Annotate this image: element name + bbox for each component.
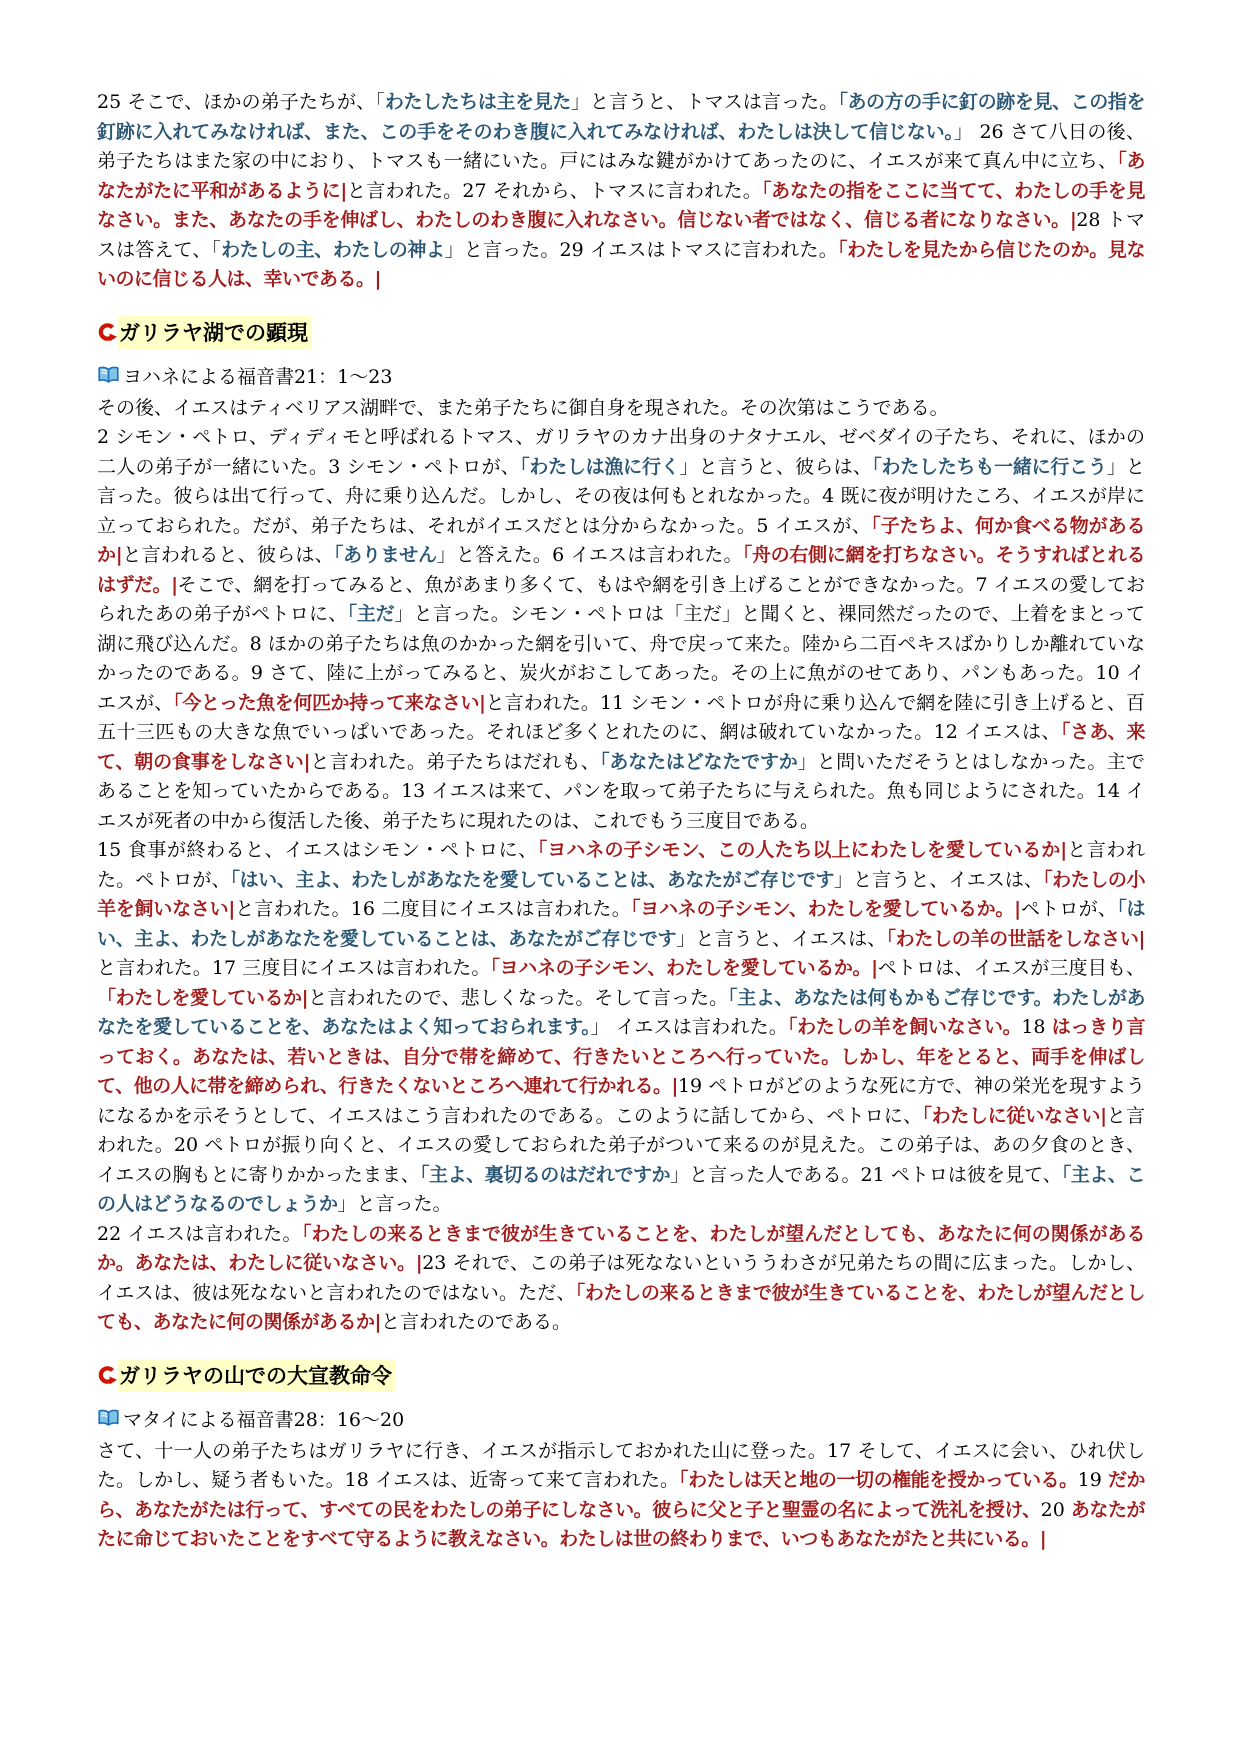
narrative-text: 」 イエスは言われた。 (591, 1016, 788, 1038)
speaker-words-text: 「あなたはどなたですか (600, 751, 797, 773)
section-heading: ガリラヤの山での大宣教命令 (97, 1359, 1145, 1392)
jesus-words-text: 「わたしの羊を飼いなさい。 (788, 1016, 1021, 1038)
section-heading: ガリラヤ湖での顕現 (97, 316, 1145, 349)
curved-arrow-icon (97, 322, 117, 343)
narrative-text: その後、イエスはティベリアス湖畔で、また弟子たちに御自身を現された。その次第はこ… (97, 397, 949, 419)
narrative-text: 20 (1041, 1499, 1071, 1521)
jesus-words-text: 「今とった魚を何匹か持って来なさい| (173, 692, 485, 714)
narrative-text: 22 イエスは言われた。 (97, 1223, 302, 1245)
narrative-text: ペトロが、 (1021, 898, 1118, 920)
narrative-text: 」と言うと、イエスは、 (834, 869, 1043, 891)
narrative-text: と言われたのである。 (381, 1311, 571, 1333)
scripture-paragraph: 15 食事が終わると、イエスはシモン・ペトロに、「ヨハネの子シモン、この人たち以… (97, 836, 1145, 1220)
scripture-paragraph: 22 イエスは言われた。「わたしの来るときまで彼が生きていることを、わたしが望ん… (97, 1220, 1145, 1338)
open-book-icon (97, 1408, 120, 1428)
speaker-words-text: 「わたしたちも一緒に行こう (872, 456, 1107, 478)
narrative-text: 」と言うと、彼らは、 (679, 456, 872, 478)
narrative-text: と言われた。17 三度目にイエスは言われた。 (97, 957, 491, 979)
narrative-text: 」と答えた。6 イエスは言われた。 (437, 544, 743, 566)
scripture-reference: マタイによる福音書28：16〜20 (97, 1405, 1145, 1432)
speaker-words-text: わたしたちは主を見た (385, 91, 571, 113)
jesus-words-text: 「わたしを愛しているか| (97, 987, 308, 1009)
narrative-text: 25 そこで、ほかの弟子たちが、「 (97, 91, 385, 113)
scripture-paragraph: その後、イエスはティベリアス湖畔で、また弟子たちに御自身を現された。その次第はこ… (97, 394, 1145, 424)
narrative-text: と言われると、彼らは、 (122, 544, 334, 566)
jesus-words-text: 「ヨハネの子シモン、わたしを愛しているか。| (631, 898, 1021, 920)
narrative-text: 15 食事が終わると、イエスはシモン・ペトロに、 (97, 839, 538, 861)
section-heading-label: ガリラヤの山での大宣教命令 (118, 1359, 395, 1392)
jesus-words-text: 「ヨハネの子シモン、わたしを愛しているか。| (491, 957, 878, 979)
narrative-text: ペトロは、イエスが三度目も、 (878, 957, 1145, 979)
open-book-icon (97, 365, 120, 385)
narrative-text: と言われた。16 二度目にイエスは言われた。 (235, 898, 631, 920)
document-page: 25 そこで、ほかの弟子たちが、「わたしたちは主を見た」と言うと、トマスは言った… (97, 88, 1145, 1555)
curved-arrow-icon (97, 1365, 117, 1386)
speaker-words-text: 「ありません (334, 544, 437, 566)
jesus-words-text: 「わたしの羊の世話をしなさい| (886, 928, 1145, 950)
narrative-text: 19 (1078, 1469, 1108, 1491)
narrative-text: と言われたので、悲しくなった。そして言った。 (308, 987, 728, 1009)
jesus-words-text: 「ヨハネの子シモン、この人たち以上にわたしを愛しているか| (538, 839, 1067, 861)
scripture-paragraph: 25 そこで、ほかの弟子たちが、「わたしたちは主を見た」と言うと、トマスは言った… (97, 88, 1145, 295)
narrative-text: 」と言った。29 イエスはトマスに言われた。 (445, 239, 838, 261)
narrative-text: 」と言うと、イエスは、 (676, 928, 886, 950)
narrative-text: 」と言った人である。21 ペトロは彼を見て、 (670, 1164, 1062, 1186)
section-heading-label: ガリラヤ湖での顕現 (118, 316, 311, 349)
speaker-words-text: 「わたしは漁に行く (520, 456, 679, 478)
scripture-reference-label: ヨハネによる福音書21：1〜23 (123, 362, 392, 389)
jesus-words-text: 「わたしに従いなさい| (922, 1105, 1106, 1127)
narrative-text: と言われた。弟子たちはだれも、 (310, 751, 600, 773)
speaker-words-text: 「主よ、裏切るのはだれですか (420, 1164, 670, 1186)
scripture-paragraph: 2 シモン・ペトロ、ディディモと呼ばれるトマス、ガリラヤのカナ出身のナタナエル、… (97, 423, 1145, 836)
scripture-reference: ヨハネによる福音書21：1〜23 (97, 362, 1145, 389)
speaker-words-text: 「主だ (348, 603, 395, 625)
narrative-text: 18 (1021, 1016, 1051, 1038)
speaker-words-text: 「はい、主よ、わたしがあなたを愛していることは、あなたがご存じです (231, 869, 834, 891)
speaker-words-text: わたしの主、わたしの神よ (221, 239, 445, 261)
jesus-words-text: 「わたしは天と地の一切の権能を授かっている。 (679, 1469, 1078, 1491)
scripture-paragraph: さて、十一人の弟子たちはガリラヤに行き、イエスが指示しておかれた山に登った。17… (97, 1437, 1145, 1555)
narrative-text: と言われた。27 それから、トマスに言われた。 (347, 180, 762, 202)
narrative-text: 」と言うと、トマスは言った。 (571, 91, 838, 113)
scripture-reference-label: マタイによる福音書28：16〜20 (123, 1405, 404, 1432)
narrative-text: 」と言った。 (338, 1193, 452, 1215)
